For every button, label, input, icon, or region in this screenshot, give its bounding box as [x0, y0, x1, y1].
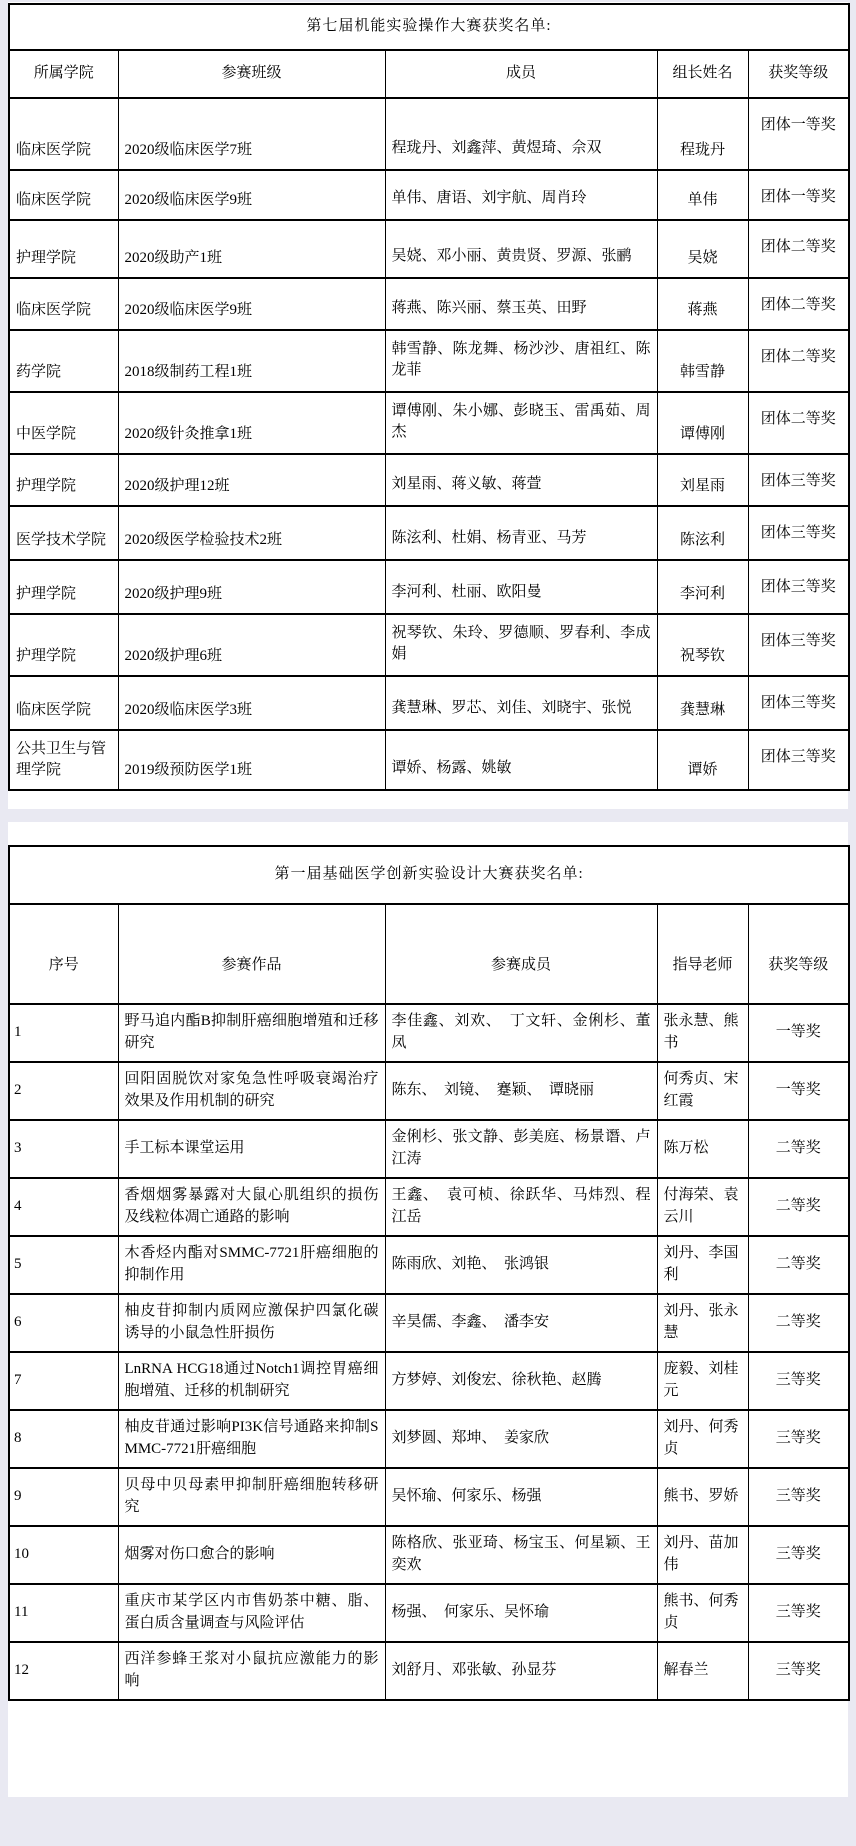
table-cell: 2020级护理6班 — [118, 614, 385, 676]
table-row: 11重庆市某学区内市售奶茶中糖、脂、蛋白质含量调查与风险评估杨强、 何家乐、吴怀… — [9, 1584, 849, 1642]
table-cell: 龚慧琳 — [657, 676, 748, 730]
table-cell: 2 — [9, 1062, 118, 1120]
table-cell: 2018级制药工程1班 — [118, 330, 385, 392]
table-cell: 谭娇 — [657, 730, 748, 790]
table-row: 护理学院2020级护理12班刘星雨、蒋义敏、蒋萱刘星雨团体三等奖 — [9, 454, 849, 506]
table-cell: 临床医学院 — [9, 170, 118, 220]
table-cell: 熊书、何秀贞 — [657, 1584, 748, 1642]
operation-contest-table: 第七届机能实验操作大赛获奖名单: 所属学院 参赛班级 成员 组长姓名 获奖等级 … — [8, 3, 850, 791]
table-cell: 10 — [9, 1526, 118, 1584]
table-cell: 木香烃内酯对SMMC-7721肝癌细胞的抑制作用 — [118, 1236, 385, 1294]
table-cell: 一等奖 — [748, 1004, 849, 1062]
table-cell: 野马追内酯B抑制肝癌细胞增殖和迁移研究 — [118, 1004, 385, 1062]
table-cell: 6 — [9, 1294, 118, 1352]
table-cell: 2020级临床医学7班 — [118, 98, 385, 170]
table-row: 12西洋参蜂王浆对小鼠抗应激能力的影响刘舒月、邓张敏、孙显芬解春兰三等奖 — [9, 1642, 849, 1700]
table-cell: 7 — [9, 1352, 118, 1410]
table-cell: 刘丹、苗加伟 — [657, 1526, 748, 1584]
table-cell: 单伟 — [657, 170, 748, 220]
table-cell: 三等奖 — [748, 1410, 849, 1468]
table-cell: 韩雪静 — [657, 330, 748, 392]
table-row: 临床医学院2020级临床医学3班龚慧琳、罗芯、刘佳、刘晓宇、张悦龚慧琳团体三等奖 — [9, 676, 849, 730]
table-cell: 柚皮苷通过影响PI3K信号通路来抑制SMMC-7721肝癌细胞 — [118, 1410, 385, 1468]
table-cell: 西洋参蜂王浆对小鼠抗应激能力的影响 — [118, 1642, 385, 1700]
table-cell: 三等奖 — [748, 1352, 849, 1410]
table-row: 4香烟烟雾暴露对大鼠心肌组织的损伤及线粒体凋亡通路的影响王鑫、 袁可桢、徐跃华、… — [9, 1178, 849, 1236]
design-contest-table: 第一届基础医学创新实验设计大赛获奖名单: 序号 参赛作品 参赛成员 指导老师 获… — [8, 845, 850, 1701]
table-row: 8柚皮苷通过影响PI3K信号通路来抑制SMMC-7721肝癌细胞刘梦圆、郑坤、 … — [9, 1410, 849, 1468]
table-cell: LnRNA HCG18通过Notch1调控胃癌细胞增殖、迁移的机制研究 — [118, 1352, 385, 1410]
table-cell: 三等奖 — [748, 1642, 849, 1700]
table-cell: 王鑫、 袁可桢、徐跃华、马炜烈、程江岳 — [385, 1178, 657, 1236]
table-cell: 谭傅刚、朱小娜、彭晓玉、雷禹茹、周杰 — [385, 392, 657, 454]
table-cell: 2020级临床医学9班 — [118, 278, 385, 330]
table-row: 药学院2018级制药工程1班韩雪静、陈龙舞、杨沙沙、唐祖红、陈龙菲韩雪静团体二等… — [9, 330, 849, 392]
column-header-project: 参赛作品 — [118, 904, 385, 1004]
table-cell: 护理学院 — [9, 454, 118, 506]
table-cell: 吴娆 — [657, 220, 748, 278]
table-cell: 团体三等奖 — [748, 614, 849, 676]
table1-body: 临床医学院2020级临床医学7班程珑丹、刘鑫萍、黄煜琦、佘双程珑丹团体一等奖临床… — [9, 98, 849, 790]
table1-title: 第七届机能实验操作大赛获奖名单: — [9, 4, 849, 50]
table2-header-row: 序号 参赛作品 参赛成员 指导老师 获奖等级 — [9, 904, 849, 1004]
table-row: 中医学院2020级针灸推拿1班谭傅刚、朱小娜、彭晓玉、雷禹茹、周杰谭傅刚团体二等… — [9, 392, 849, 454]
table-cell: 团体三等奖 — [748, 730, 849, 790]
table-cell: 2020级临床医学3班 — [118, 676, 385, 730]
table-cell: 杨强、 何家乐、吴怀瑜 — [385, 1584, 657, 1642]
table-cell: 临床医学院 — [9, 98, 118, 170]
table-cell: 陈泫利 — [657, 506, 748, 560]
table-cell: 2020级助产1班 — [118, 220, 385, 278]
table-cell: 吴怀瑜、何家乐、杨强 — [385, 1468, 657, 1526]
table-cell: 团体一等奖 — [748, 98, 849, 170]
table-cell: 香烟烟雾暴露对大鼠心肌组织的损伤及线粒体凋亡通路的影响 — [118, 1178, 385, 1236]
table-row: 临床医学院2020级临床医学9班蒋燕、陈兴丽、蔡玉英、田野蒋燕团体二等奖 — [9, 278, 849, 330]
table-row: 临床医学院2020级临床医学7班程珑丹、刘鑫萍、黄煜琦、佘双程珑丹团体一等奖 — [9, 98, 849, 170]
table-cell: 回阳固脱饮对家兔急性呼吸衰竭治疗效果及作用机制的研究 — [118, 1062, 385, 1120]
column-header-class: 参赛班级 — [118, 50, 385, 98]
table-row: 医学技术学院2020级医学检验技术2班陈泫利、杜娟、杨青亚、马芳陈泫利团体三等奖 — [9, 506, 849, 560]
table-cell: 谭娇、杨露、姚敏 — [385, 730, 657, 790]
table-cell: 贝母中贝母素甲抑制肝癌细胞转移研究 — [118, 1468, 385, 1526]
table-cell: 护理学院 — [9, 614, 118, 676]
table-cell: 龚慧琳、罗芯、刘佳、刘晓宇、张悦 — [385, 676, 657, 730]
table-cell: 三等奖 — [748, 1584, 849, 1642]
table-cell: 1 — [9, 1004, 118, 1062]
table-row: 7LnRNA HCG18通过Notch1调控胃癌细胞增殖、迁移的机制研究方梦婷、… — [9, 1352, 849, 1410]
table-cell: 11 — [9, 1584, 118, 1642]
column-header-number: 序号 — [9, 904, 118, 1004]
table-cell: 护理学院 — [9, 560, 118, 614]
table1-title-row: 第七届机能实验操作大赛获奖名单: — [9, 4, 849, 50]
table-cell: 付海荣、袁云川 — [657, 1178, 748, 1236]
table-cell: 2020级临床医学9班 — [118, 170, 385, 220]
table-cell: 团体三等奖 — [748, 676, 849, 730]
table2-title-row: 第一届基础医学创新实验设计大赛获奖名单: — [9, 846, 849, 904]
table-cell: 柚皮苷抑制内质网应激保护四氯化碳诱导的小鼠急性肝损伤 — [118, 1294, 385, 1352]
table-cell: 三等奖 — [748, 1468, 849, 1526]
table-cell: 团体一等奖 — [748, 170, 849, 220]
table-cell: 金俐杉、张文静、彭美庭、杨景谮、卢江涛 — [385, 1120, 657, 1178]
table-cell: 熊书、罗娇 — [657, 1468, 748, 1526]
table-cell: 蒋燕 — [657, 278, 748, 330]
table-cell: 何秀贞、宋红霞 — [657, 1062, 748, 1120]
table-row: 9贝母中贝母素甲抑制肝癌细胞转移研究吴怀瑜、何家乐、杨强熊书、罗娇三等奖 — [9, 1468, 849, 1526]
table-cell: 韩雪静、陈龙舞、杨沙沙、唐祖红、陈龙菲 — [385, 330, 657, 392]
table-cell: 2020级护理12班 — [118, 454, 385, 506]
table-cell: 陈东、 刘镜、 蹇颖、 谭晓丽 — [385, 1062, 657, 1120]
table-cell: 手工标本课堂运用 — [118, 1120, 385, 1178]
table-row: 3手工标本课堂运用金俐杉、张文静、彭美庭、杨景谮、卢江涛陈万松二等奖 — [9, 1120, 849, 1178]
table-cell: 刘星雨、蒋义敏、蒋萱 — [385, 454, 657, 506]
table-cell: 李河利 — [657, 560, 748, 614]
table-cell: 刘星雨 — [657, 454, 748, 506]
table-cell: 药学院 — [9, 330, 118, 392]
table-row: 1野马追内酯B抑制肝癌细胞增殖和迁移研究李佳鑫、刘欢、 丁文轩、金俐杉、董凤张永… — [9, 1004, 849, 1062]
table-cell: 二等奖 — [748, 1120, 849, 1178]
table-cell: 团体二等奖 — [748, 330, 849, 392]
table-row: 2回阳固脱饮对家兔急性呼吸衰竭治疗效果及作用机制的研究陈东、 刘镜、 蹇颖、 谭… — [9, 1062, 849, 1120]
table-row: 护理学院2020级助产1班吴娆、邓小丽、黄贵贤、罗源、张鹂吴娆团体二等奖 — [9, 220, 849, 278]
table-cell: 12 — [9, 1642, 118, 1700]
table-cell: 刘丹、何秀贞 — [657, 1410, 748, 1468]
column-header-advisor: 指导老师 — [657, 904, 748, 1004]
table-cell: 程珑丹 — [657, 98, 748, 170]
operation-contest-section: 第七届机能实验操作大赛获奖名单: 所属学院 参赛班级 成员 组长姓名 获奖等级 … — [8, 2, 848, 809]
table-row: 6柚皮苷抑制内质网应激保护四氯化碳诱导的小鼠急性肝损伤辛昊儒、李鑫、 潘李安刘丹… — [9, 1294, 849, 1352]
table-cell: 二等奖 — [748, 1236, 849, 1294]
table-cell: 团体二等奖 — [748, 220, 849, 278]
table-cell: 张永慧、熊书 — [657, 1004, 748, 1062]
table-cell: 3 — [9, 1120, 118, 1178]
table-cell: 祝琴钦 — [657, 614, 748, 676]
table-cell: 2020级医学检验技术2班 — [118, 506, 385, 560]
table-cell: 陈格欣、张亚琦、杨宝玉、何星颖、王奕欢 — [385, 1526, 657, 1584]
column-header-award: 获奖等级 — [748, 50, 849, 98]
table-cell: 8 — [9, 1410, 118, 1468]
column-header-leader: 组长姓名 — [657, 50, 748, 98]
column-header-college: 所属学院 — [9, 50, 118, 98]
table-cell: 团体三等奖 — [748, 506, 849, 560]
table-cell: 临床医学院 — [9, 278, 118, 330]
table-cell: 陈雨欣、刘艳、 张鸿银 — [385, 1236, 657, 1294]
table-cell: 刘梦圆、郑坤、 姜家欣 — [385, 1410, 657, 1468]
table-cell: 医学技术学院 — [9, 506, 118, 560]
table-cell: 李佳鑫、刘欢、 丁文轩、金俐杉、董凤 — [385, 1004, 657, 1062]
column-header-award: 获奖等级 — [748, 904, 849, 1004]
table-cell: 团体二等奖 — [748, 278, 849, 330]
table-cell: 公共卫生与管理学院 — [9, 730, 118, 790]
table-cell: 团体三等奖 — [748, 560, 849, 614]
section-divider — [0, 809, 856, 822]
table-cell: 陈泫利、杜娟、杨青亚、马芳 — [385, 506, 657, 560]
table-cell: 刘丹、张永慧 — [657, 1294, 748, 1352]
table-cell: 单伟、唐语、刘宇航、周肖玲 — [385, 170, 657, 220]
table2-body: 1野马追内酯B抑制肝癌细胞增殖和迁移研究李佳鑫、刘欢、 丁文轩、金俐杉、董凤张永… — [9, 1004, 849, 1700]
table-cell: 刘舒月、邓张敏、孙显芬 — [385, 1642, 657, 1700]
table-cell: 重庆市某学区内市售奶茶中糖、脂、蛋白质含量调查与风险评估 — [118, 1584, 385, 1642]
page-background: 第七届机能实验操作大赛获奖名单: 所属学院 参赛班级 成员 组长姓名 获奖等级 … — [0, 2, 856, 1846]
table-cell: 蒋燕、陈兴丽、蔡玉英、田野 — [385, 278, 657, 330]
column-header-members: 参赛成员 — [385, 904, 657, 1004]
table-cell: 9 — [9, 1468, 118, 1526]
table-cell: 程珑丹、刘鑫萍、黄煜琦、佘双 — [385, 98, 657, 170]
table-cell: 庞毅、刘桂元 — [657, 1352, 748, 1410]
table-cell: 吴娆、邓小丽、黄贵贤、罗源、张鹂 — [385, 220, 657, 278]
table-cell: 临床医学院 — [9, 676, 118, 730]
table-cell: 二等奖 — [748, 1178, 849, 1236]
table-cell: 二等奖 — [748, 1294, 849, 1352]
table-cell: 解春兰 — [657, 1642, 748, 1700]
table-cell: 团体三等奖 — [748, 454, 849, 506]
table-row: 5木香烃内酯对SMMC-7721肝癌细胞的抑制作用陈雨欣、刘艳、 张鸿银刘丹、李… — [9, 1236, 849, 1294]
table-row: 公共卫生与管理学院2019级预防医学1班谭娇、杨露、姚敏谭娇团体三等奖 — [9, 730, 849, 790]
table-cell: 祝琴钦、朱玲、罗德顺、罗春利、李成娟 — [385, 614, 657, 676]
table-row: 护理学院2020级护理6班祝琴钦、朱玲、罗德顺、罗春利、李成娟祝琴钦团体三等奖 — [9, 614, 849, 676]
table-row: 临床医学院2020级临床医学9班单伟、唐语、刘宇航、周肖玲单伟团体一等奖 — [9, 170, 849, 220]
table-cell: 谭傅刚 — [657, 392, 748, 454]
table-cell: 2019级预防医学1班 — [118, 730, 385, 790]
table-cell: 4 — [9, 1178, 118, 1236]
table-cell: 烟雾对伤口愈合的影响 — [118, 1526, 385, 1584]
table1-header-row: 所属学院 参赛班级 成员 组长姓名 获奖等级 — [9, 50, 849, 98]
table2-title: 第一届基础医学创新实验设计大赛获奖名单: — [9, 846, 849, 904]
table-cell: 辛昊儒、李鑫、 潘李安 — [385, 1294, 657, 1352]
design-contest-section: 第一届基础医学创新实验设计大赛获奖名单: 序号 参赛作品 参赛成员 指导老师 获… — [8, 822, 848, 1797]
table-cell: 陈万松 — [657, 1120, 748, 1178]
table-cell: 护理学院 — [9, 220, 118, 278]
table-row: 10烟雾对伤口愈合的影响陈格欣、张亚琦、杨宝玉、何星颖、王奕欢刘丹、苗加伟三等奖 — [9, 1526, 849, 1584]
table-cell: 三等奖 — [748, 1526, 849, 1584]
table-cell: 团体二等奖 — [748, 392, 849, 454]
table-cell: 刘丹、李国利 — [657, 1236, 748, 1294]
table-cell: 方梦婷、刘俊宏、徐秋艳、赵腾 — [385, 1352, 657, 1410]
table-cell: 中医学院 — [9, 392, 118, 454]
table-cell: 5 — [9, 1236, 118, 1294]
table-cell: 2020级针灸推拿1班 — [118, 392, 385, 454]
table-row: 护理学院2020级护理9班李河利、杜丽、欧阳曼李河利团体三等奖 — [9, 560, 849, 614]
table-cell: 2020级护理9班 — [118, 560, 385, 614]
table-cell: 一等奖 — [748, 1062, 849, 1120]
table-cell: 李河利、杜丽、欧阳曼 — [385, 560, 657, 614]
column-header-members: 成员 — [385, 50, 657, 98]
